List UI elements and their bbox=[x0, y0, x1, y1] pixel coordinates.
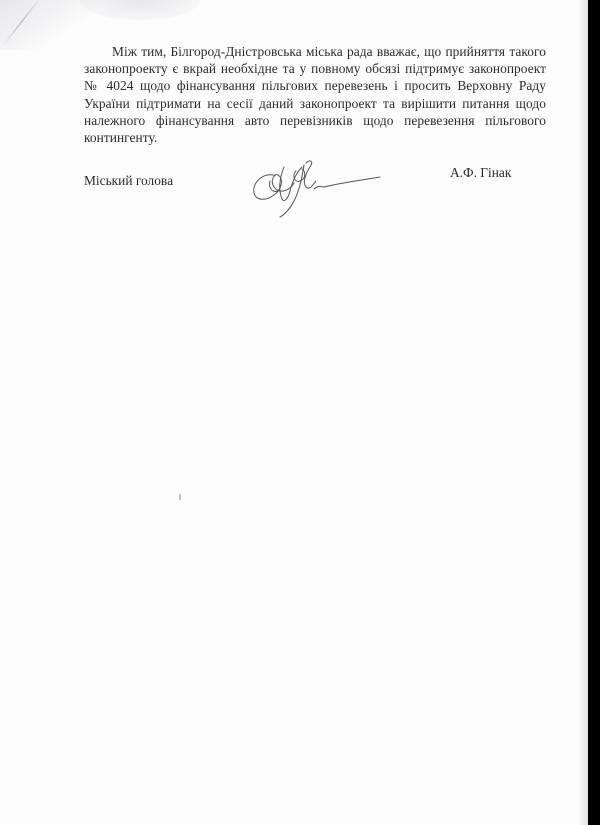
signature-block: Міський голова А.Ф. Гінак bbox=[84, 165, 546, 225]
page-edge-shade bbox=[578, 0, 588, 825]
scan-shadow-top bbox=[80, 0, 200, 20]
signatory-title: Міський голова bbox=[84, 173, 173, 189]
body-paragraph: Між тим, Білгород-Дністровська міська ра… bbox=[84, 43, 546, 146]
scanned-page: Між тим, Білгород-Дністровська міська ра… bbox=[0, 0, 588, 825]
scan-artifact-mark bbox=[179, 494, 181, 500]
signatory-name: А.Ф. Гінак bbox=[450, 165, 511, 181]
handwritten-signature-icon bbox=[244, 153, 384, 223]
